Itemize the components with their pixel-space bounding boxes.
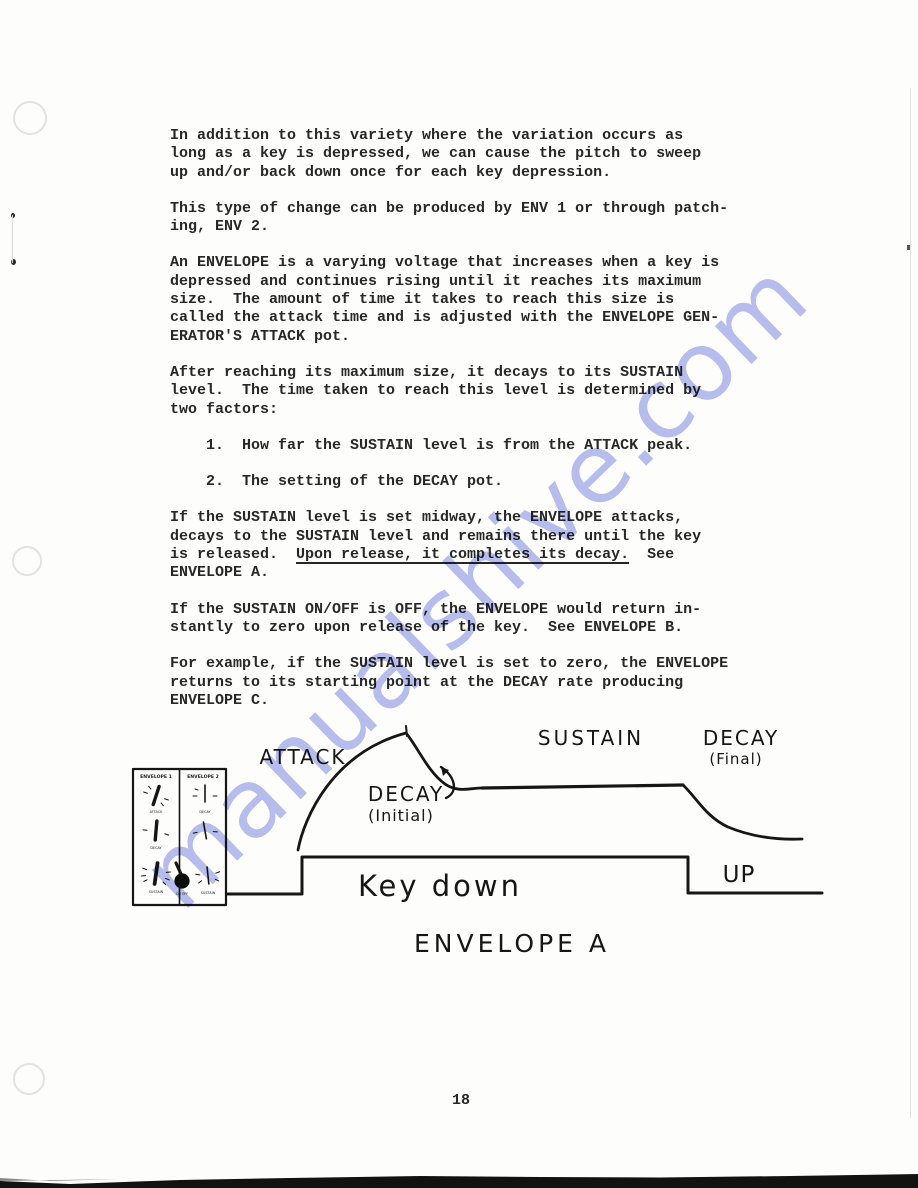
switch-label: ON OFF bbox=[176, 892, 188, 896]
label-decay-final: DECAY bbox=[703, 726, 779, 750]
knob-icon bbox=[142, 820, 170, 841]
label-key-down: Key down bbox=[358, 869, 522, 903]
diagram-caption: ENVELOPE A bbox=[414, 929, 610, 958]
scan-line bbox=[12, 215, 13, 263]
label-sustain: SUSTAIN bbox=[538, 726, 644, 750]
hole-punch bbox=[12, 546, 42, 576]
paragraph-6: If the SUSTAIN ON/OFF is OFF, the ENVELO… bbox=[170, 601, 745, 638]
knob-icon bbox=[141, 861, 172, 886]
label-decay-initial-sub: (Initial) bbox=[368, 806, 434, 825]
knob-icon bbox=[195, 866, 221, 885]
underlined-phrase: Upon release, it completes its decay. bbox=[296, 546, 629, 563]
paragraph-2: This type of change can be produced by E… bbox=[170, 200, 745, 237]
envelope-diagram: ENVELOPE 1 ENVELOPE 2 bbox=[120, 700, 840, 970]
paragraph-3: An ENVELOPE is a varying voltage that in… bbox=[170, 254, 745, 345]
label-attack: ATTACK bbox=[259, 745, 346, 769]
scan-edge-tick bbox=[907, 245, 910, 250]
switch-knob-icon: ON OFF bbox=[174, 863, 189, 896]
label-decay-initial: DECAY bbox=[368, 782, 444, 806]
page-number: 18 bbox=[452, 1092, 470, 1109]
list-item-1: 1. How far the SUSTAIN level is from the… bbox=[170, 437, 745, 455]
scan-edge-line bbox=[910, 88, 911, 1118]
paragraph-5: If the SUSTAIN level is set midway, the … bbox=[170, 509, 745, 582]
hole-punch bbox=[13, 101, 47, 135]
scanned-manual-page: In addition to this variety where the va… bbox=[0, 0, 918, 1188]
knob-label: SUSTAIN bbox=[201, 891, 216, 895]
envelope-panel-inset: ENVELOPE 1 ENVELOPE 2 bbox=[133, 769, 226, 905]
knob-label: DECAY bbox=[150, 846, 162, 850]
knob-label: ATTACK bbox=[150, 810, 164, 814]
knob-icon bbox=[193, 785, 217, 802]
list-item-2: 2. The setting of the DECAY pot. bbox=[170, 473, 745, 491]
knob-label: SUSTAIN bbox=[149, 890, 164, 894]
knob-icon bbox=[192, 820, 219, 841]
knob-label: DECAY bbox=[199, 810, 211, 814]
body-text: In addition to this variety where the va… bbox=[170, 127, 745, 728]
panel-header-right: ENVELOPE 2 bbox=[187, 774, 219, 780]
paragraph-1: In addition to this variety where the va… bbox=[170, 127, 745, 182]
paragraph-4: After reaching its maximum size, it deca… bbox=[170, 364, 745, 419]
panel-header-left: ENVELOPE 1 bbox=[140, 774, 172, 780]
label-key-up: UP bbox=[723, 862, 756, 888]
scan-bottom-band bbox=[0, 1168, 918, 1188]
hole-punch bbox=[13, 1063, 45, 1095]
label-decay-final-sub: (Final) bbox=[709, 750, 762, 768]
knob-icon bbox=[141, 782, 172, 808]
